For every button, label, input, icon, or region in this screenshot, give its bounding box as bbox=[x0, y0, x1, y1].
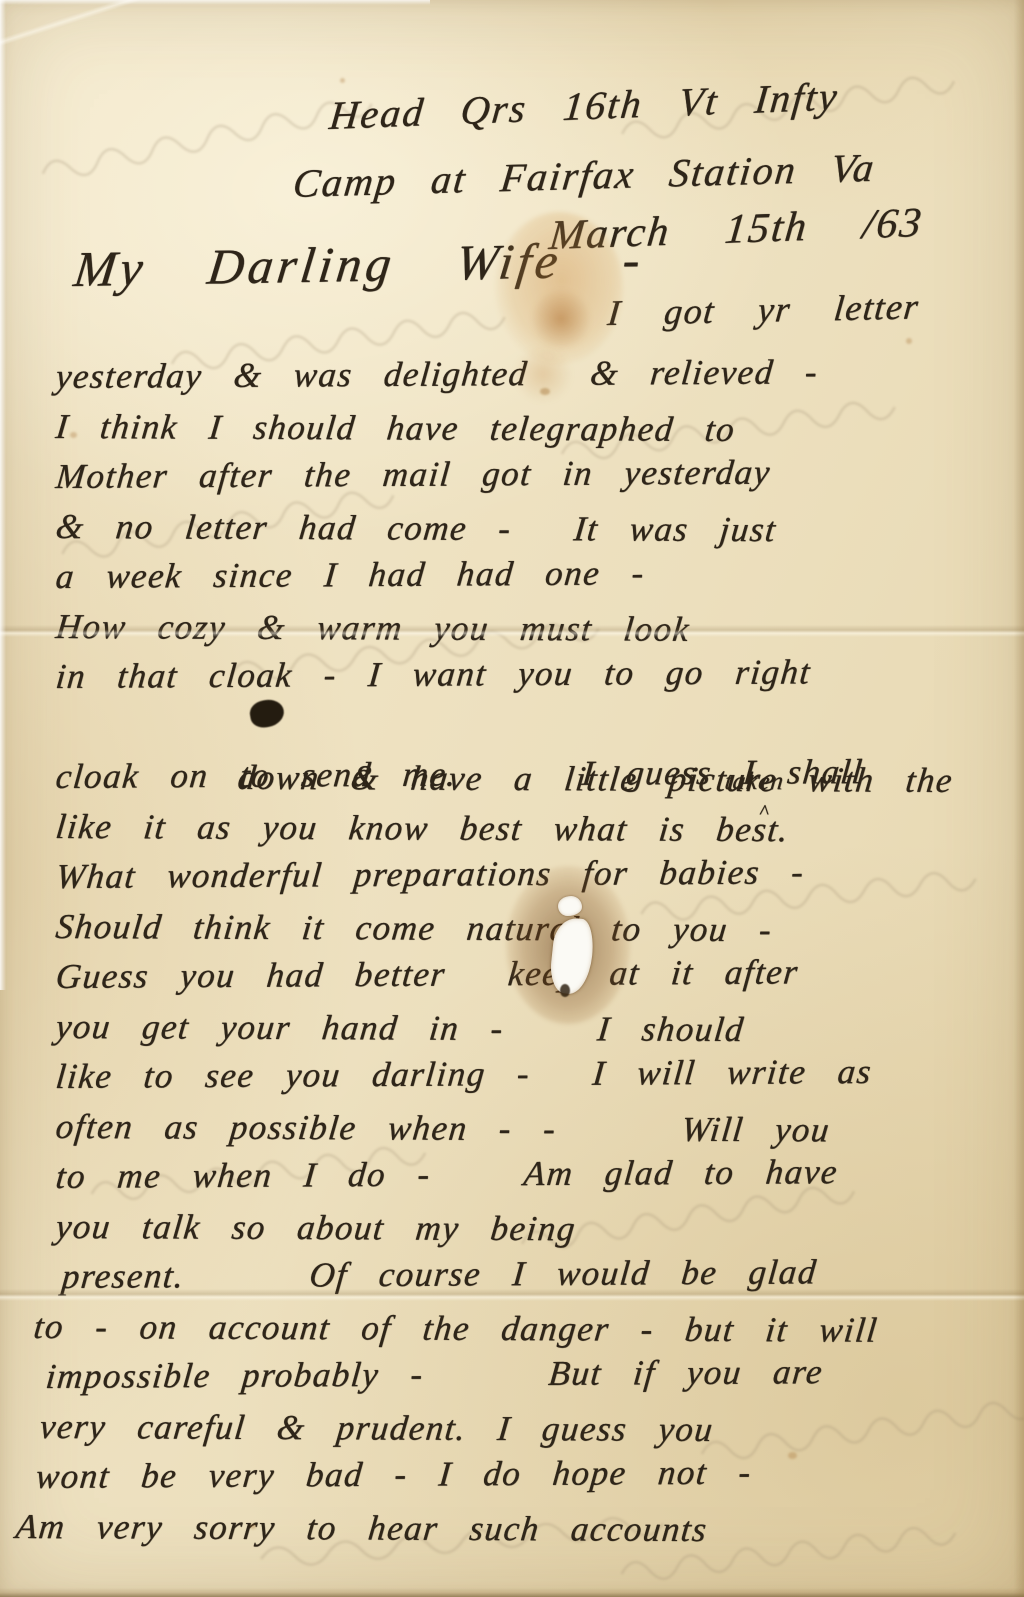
letter-line: cloak on to send me. I guess I shall bbox=[54, 746, 1020, 802]
letter-line: impossible probably - But if you are bbox=[44, 1346, 1020, 1402]
letter-line: yesterday & was delighted & relieved - bbox=[54, 346, 1020, 402]
letter-line: Am very sorry to hear such accounts bbox=[13, 1502, 1018, 1556]
letter-line: a week since I had had one - bbox=[54, 546, 1020, 602]
letter-line: Mother after the mail got in yesterday bbox=[54, 446, 1020, 502]
opening-line: I got yr letter bbox=[606, 285, 922, 333]
letter-scan-page: Head Qrs 16th Vt Infty Camp at Fairfax S… bbox=[0, 0, 1024, 1597]
letter-line: present. Of course I would be glad bbox=[60, 1246, 1020, 1302]
letter-line: What wonderful preparations for babies - bbox=[54, 846, 1020, 902]
salutation: My Darling Wife - bbox=[71, 230, 648, 298]
letter-line: like to see you darling - I will write a… bbox=[54, 1046, 1020, 1102]
letter-line: in that cloak - I want you to go right bbox=[54, 646, 1020, 702]
letter-line: to me when I do - Am glad to have bbox=[54, 1146, 1020, 1202]
letter-line: Guess you had better keep at it after bbox=[54, 946, 1020, 1002]
letter-line: wont be very bad - I do hope not - bbox=[34, 1446, 1020, 1502]
letter-body: yesterday & was delighted & relieved - I… bbox=[56, 352, 1016, 1552]
